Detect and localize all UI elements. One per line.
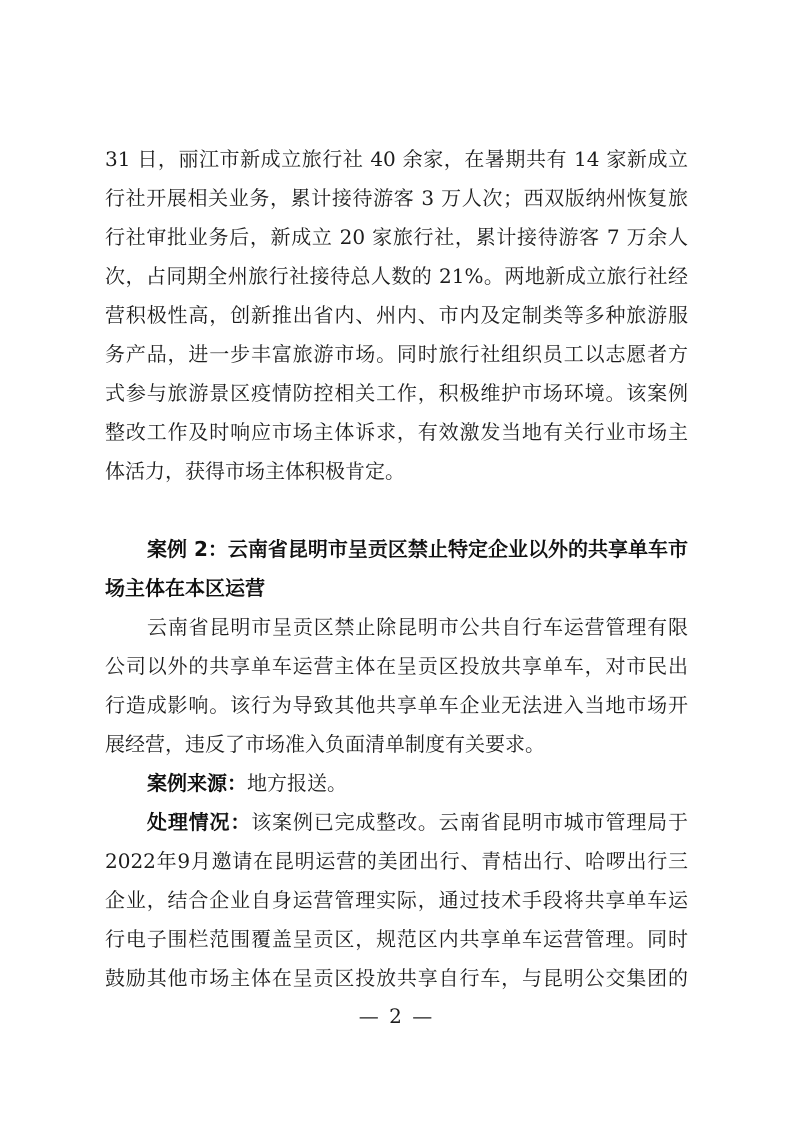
body-line: 2022年9月邀请在昆明运营的美团出行、青桔出行、哈啰出行三家 xyxy=(105,842,688,881)
body-line-text: 体活力，获得市场主体积极肯定。 xyxy=(105,459,405,483)
body-line-text: 行造成影响。该行为导致其他共享单车企业无法进入当地市场开 xyxy=(105,693,688,717)
body-line-text: 鼓励其他市场主体在呈贡区投放共享自行车，与昆明公交集团的 xyxy=(105,966,688,990)
case2-heading-text: 案例 2：云南省昆明市呈贡区禁止特定企业以外的共享单车市 xyxy=(147,537,688,561)
body-line-text: 次，占同期全州旅行社接待总人数的 21%。两地新成立旅行社经 xyxy=(105,264,688,288)
body-line: 公司以外的共享单车运营主体在呈贡区投放共享单车，对市民出 xyxy=(105,647,688,686)
case-source-line: 案例来源：地方报送。 xyxy=(105,764,688,803)
body-line: 务产品，进一步丰富旅游市场。同时旅行社组织员工以志愿者方 xyxy=(105,335,688,374)
body-line: 行社审批业务后，新成立 20 家旅行社，累计接待游客 7 万余人 xyxy=(105,218,688,257)
handling-status-line: 处理情况：该案例已完成整改。云南省昆明市城市管理局于 xyxy=(105,803,688,842)
body-line-text: 云南省昆明市呈贡区禁止除昆明市公共自行车运营管理有限 xyxy=(147,615,688,639)
body-line-text: 2022年9月邀请在昆明运营的美团出行、青桔出行、哈啰出行三家 xyxy=(105,849,688,881)
page-number-text: — 2 — xyxy=(359,1004,434,1028)
body-line: 行电子围栏范围覆盖呈贡区，规范区内共享单车运营管理。同时 xyxy=(105,920,688,959)
body-line: 展经营，违反了市场准入负面清单制度有关要求。 xyxy=(105,725,688,764)
handling-status-label: 处理情况： xyxy=(147,810,251,834)
body-line: 云南省昆明市呈贡区禁止除昆明市公共自行车运营管理有限 xyxy=(105,608,688,647)
body-line: 整改工作及时响应市场主体诉求，有效激发当地有关行业市场主 xyxy=(105,413,688,452)
case-source-label: 案例来源： xyxy=(147,771,247,795)
body-line: 次，占同期全州旅行社接待总人数的 21%。两地新成立旅行社经 xyxy=(105,257,688,296)
body-line-text: 行社审批业务后，新成立 20 家旅行社，累计接待游客 7 万余人 xyxy=(105,225,688,249)
document-body: 31 日，丽江市新成立旅行社 40 余家，在暑期共有 14 家新成立旅 行社开展… xyxy=(105,140,688,998)
body-line-text: 展经营，违反了市场准入负面清单制度有关要求。 xyxy=(105,732,545,756)
body-line: 行造成影响。该行为导致其他共享单车企业无法进入当地市场开 xyxy=(105,686,688,725)
body-line-text: 公司以外的共享单车运营主体在呈贡区投放共享单车，对市民出 xyxy=(105,654,688,678)
body-line-text: 31 日，丽江市新成立旅行社 40 余家，在暑期共有 14 家新成立旅 xyxy=(105,147,688,179)
document-page: 31 日，丽江市新成立旅行社 40 余家，在暑期共有 14 家新成立旅 行社开展… xyxy=(0,0,793,1122)
body-line: 行社开展相关业务，累计接待游客 3 万人次；西双版纳州恢复旅 xyxy=(105,179,688,218)
body-line-text: 行电子围栏范围覆盖呈贡区，规范区内共享单车运营管理。同时 xyxy=(105,927,688,951)
page-number: — 2 — xyxy=(0,1001,793,1031)
body-line: 体活力，获得市场主体积极肯定。 xyxy=(105,452,688,491)
case-source-text: 地方报送。 xyxy=(247,771,347,795)
body-line: 鼓励其他市场主体在呈贡区投放共享自行车，与昆明公交集团的 xyxy=(105,959,688,998)
case2-heading-text: 场主体在本区运营 xyxy=(105,576,265,600)
body-line-text: 式参与旅游景区疫情防控相关工作，积极维护市场环境。该案例 xyxy=(105,381,688,405)
body-line: 31 日，丽江市新成立旅行社 40 余家，在暑期共有 14 家新成立旅 xyxy=(105,140,688,179)
body-line-text: 务产品，进一步丰富旅游市场。同时旅行社组织员工以志愿者方 xyxy=(105,342,688,366)
handling-status-text: 该案例已完成整改。云南省昆明市城市管理局于 xyxy=(251,810,688,834)
case2-heading-line-2: 场主体在本区运营 xyxy=(105,569,688,608)
body-line-text: 企业，结合企业自身运营管理实际，通过技术手段将共享单车运 xyxy=(105,888,688,912)
body-line: 营积极性高，创新推出省内、州内、市内及定制类等多种旅游服 xyxy=(105,296,688,335)
body-line-text: 行社开展相关业务，累计接待游客 3 万人次；西双版纳州恢复旅 xyxy=(105,186,688,210)
body-line-text: 整改工作及时响应市场主体诉求，有效激发当地有关行业市场主 xyxy=(105,420,688,444)
body-line: 企业，结合企业自身运营管理实际，通过技术手段将共享单车运 xyxy=(105,881,688,920)
body-line-text: 营积极性高，创新推出省内、州内、市内及定制类等多种旅游服 xyxy=(105,303,688,327)
body-line: 式参与旅游景区疫情防控相关工作，积极维护市场环境。该案例 xyxy=(105,374,688,413)
case2-heading-line-1: 案例 2：云南省昆明市呈贡区禁止特定企业以外的共享单车市 xyxy=(105,530,688,569)
